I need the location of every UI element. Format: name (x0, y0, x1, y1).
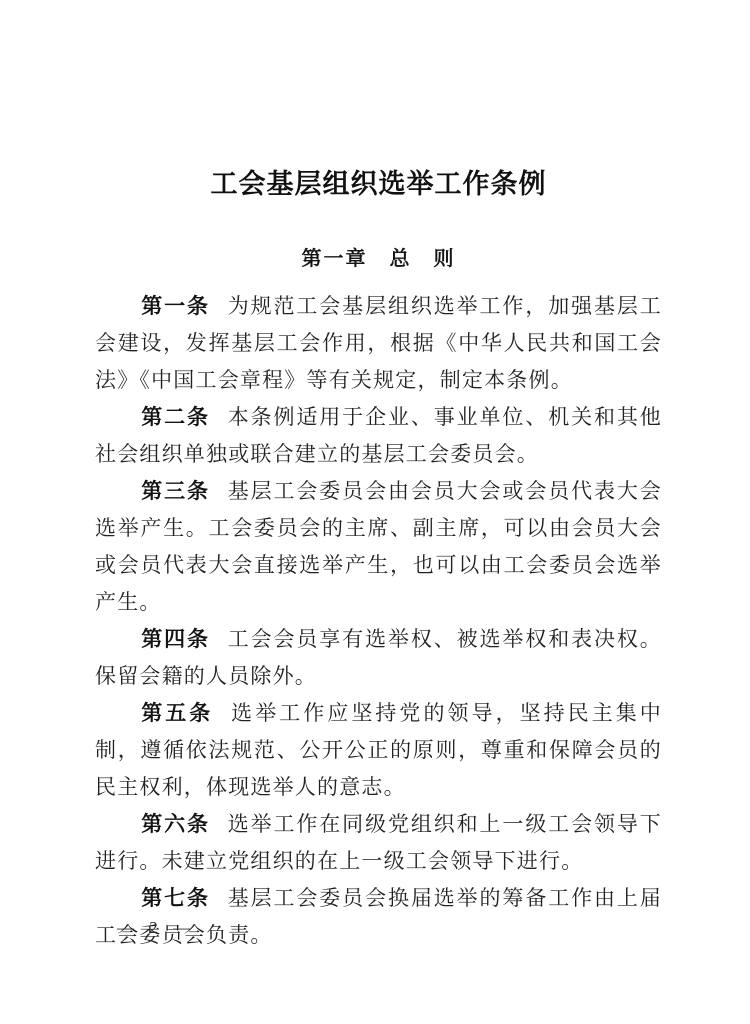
article-7: 第七条基层工会委员会换届选举的筹备工作由上届工会委员会负责。 (95, 880, 662, 954)
article-5-label: 第五条 (141, 702, 213, 725)
article-1: 第一条为规范工会基层组织选举工作，加强基层工会建设，发挥基层工会作用，根据《中华… (95, 288, 662, 399)
article-5: 第五条选举工作应坚持党的领导，坚持民主集中制，遵循依法规范、公开公正的原则，尊重… (95, 695, 662, 806)
articles-body: 第一条为规范工会基层组织选举工作，加强基层工会建设，发挥基层工会作用，根据《中华… (95, 288, 662, 954)
article-4-label: 第四条 (141, 628, 210, 651)
page-number: — 2 — (117, 918, 191, 938)
document-page: 工会基层组织选举工作条例 第一章 总 则 第一条为规范工会基层组织选举工作，加强… (0, 0, 750, 1024)
article-1-label: 第一条 (141, 295, 210, 318)
article-6-label: 第六条 (141, 813, 210, 836)
article-2: 第二条本条例适用于企业、事业单位、机关和其他社会组织单独或联合建立的基层工会委员… (95, 399, 662, 473)
document-title: 工会基层组织选举工作条例 (95, 168, 662, 202)
article-2-label: 第二条 (141, 406, 210, 429)
article-6: 第六条选举工作在同级党组织和上一级工会领导下进行。未建立党组织的在上一级工会领导… (95, 806, 662, 880)
chapter-heading: 第一章 总 则 (95, 246, 662, 272)
article-7-label: 第七条 (141, 887, 210, 910)
article-4: 第四条工会会员享有选举权、被选举权和表决权。保留会籍的人员除外。 (95, 621, 662, 695)
article-3: 第三条基层工会委员会由会员大会或会员代表大会选举产生。工会委员会的主席、副主席，… (95, 473, 662, 621)
article-3-label: 第三条 (141, 480, 210, 503)
